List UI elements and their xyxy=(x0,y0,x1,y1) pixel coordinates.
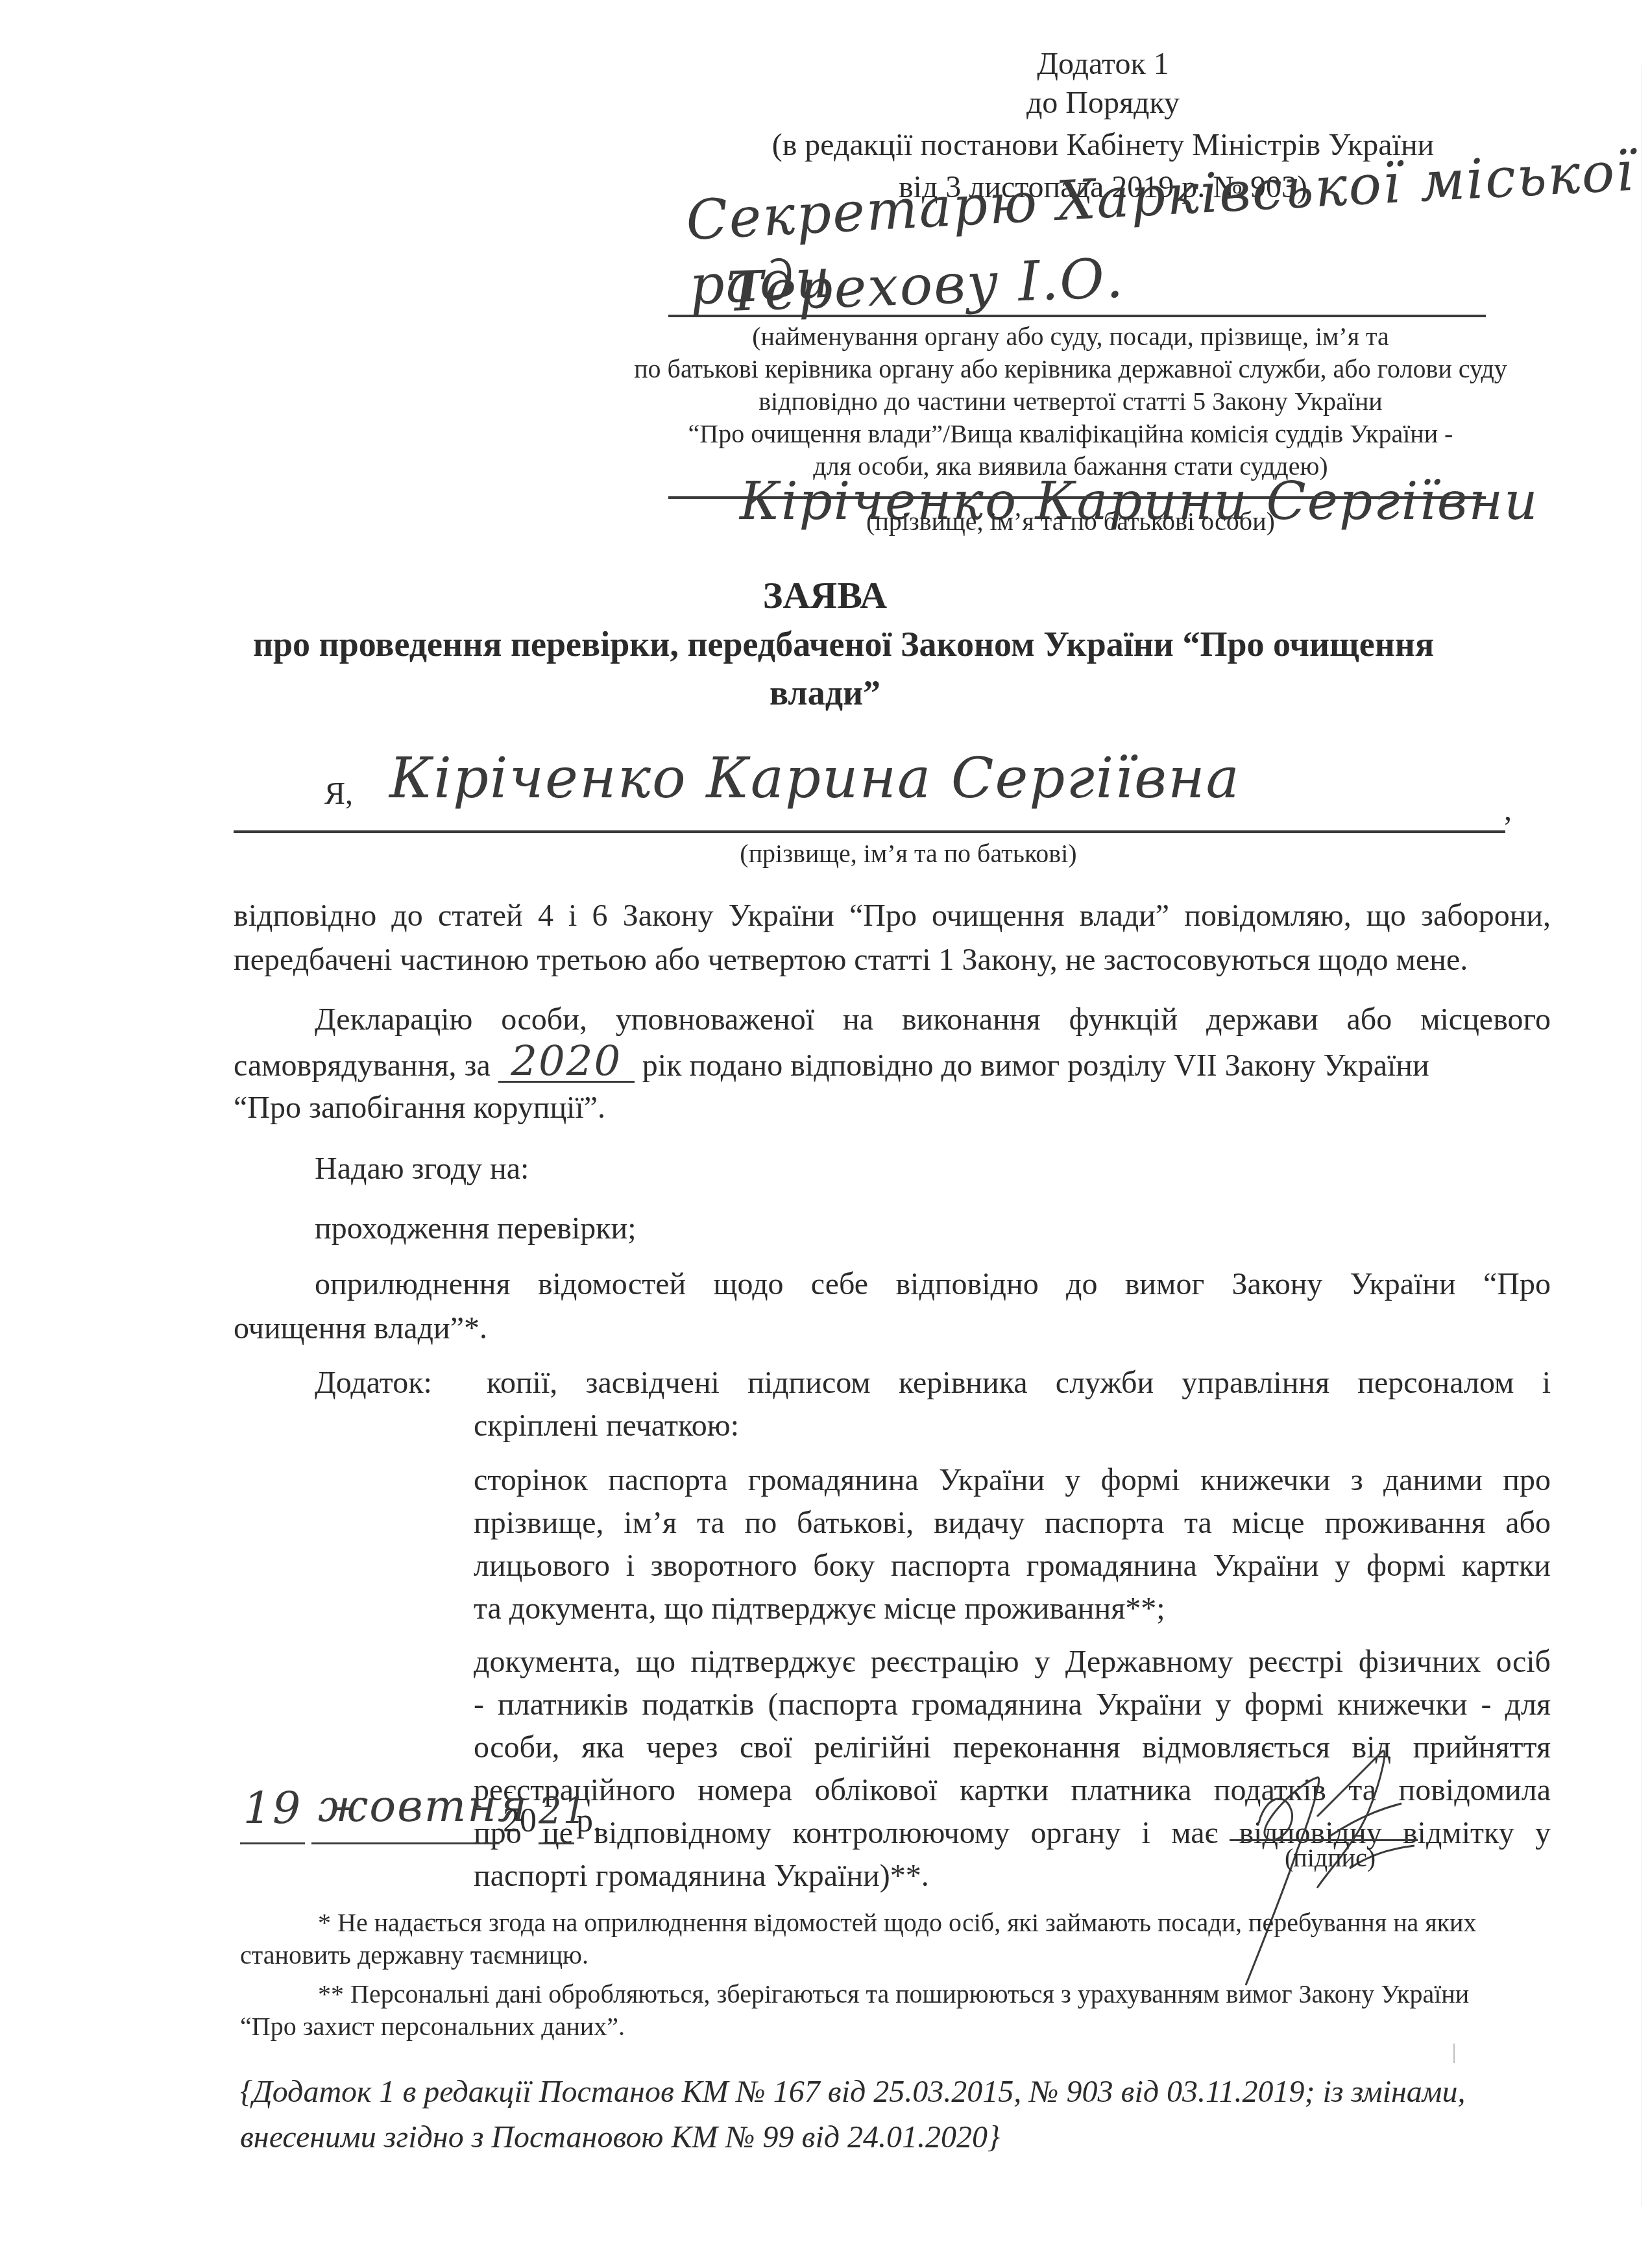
p1-line1: відповідно до статей 4 і 6 Закону Україн… xyxy=(234,895,1551,937)
addressee-handwritten-line2: Терехову І.О. xyxy=(725,246,1125,324)
date-month-underline xyxy=(311,1842,500,1844)
addressee-caption-4: “Про очищення влади”/Вища кваліфікаційна… xyxy=(584,418,1557,450)
date-day-underline xyxy=(240,1842,305,1844)
date-month-handwritten: жовтня xyxy=(318,1781,500,1833)
footnote-1-line1: * Не надається згода на оприлюднення від… xyxy=(318,1907,1551,1938)
attachment-item-1-line: лицьового і зворотного боку паспорта гро… xyxy=(474,1545,1551,1587)
footnote-2-line1: ** Персональні дані обробляються, зберіг… xyxy=(318,1979,1551,2010)
applicant-underline xyxy=(668,496,1486,499)
p1-line2: передбачені частиною третьою або четверт… xyxy=(234,939,1551,981)
consent-item-2-line2: очищення влади”*. xyxy=(234,1308,487,1349)
scan-artifact xyxy=(1453,2044,1455,2063)
date-year-prefix: 20 xyxy=(503,1802,537,1840)
attachment-label: Додаток: xyxy=(315,1362,432,1404)
applicant-caption: (прізвище, ім’я та по батькові особи) xyxy=(584,506,1557,537)
addressee-caption-2: по батькові керівника органу або керівни… xyxy=(584,354,1557,385)
title-sub-line1: про проведення перевірки, передбаченої З… xyxy=(130,620,1557,669)
attachment-item-1-line: прізвище, ім’я та по батькові, видачу па… xyxy=(474,1502,1551,1544)
declarant-prefix: Я, xyxy=(324,775,353,813)
declarant-handwritten-name: Кіріченко Карина Сергіївна xyxy=(389,746,1241,811)
date-year-postfix: р. xyxy=(576,1802,601,1840)
date-year-underline xyxy=(539,1842,574,1844)
editorial-note-line2: внесеними згідно з Постановою КМ № 99 ві… xyxy=(240,2118,1000,2157)
title-sub-line2: влади” xyxy=(0,668,1650,718)
attachment-intro-line2: скріплені печаткою: xyxy=(474,1405,739,1447)
addressee-caption-1: (найменування органу або суду, посади, п… xyxy=(584,321,1557,352)
scan-edge xyxy=(1642,65,1642,2206)
consent-intro: Надаю згоду на: xyxy=(315,1148,529,1190)
date-day-handwritten: 19 xyxy=(240,1783,305,1835)
footnote-1-line2: становить державну таємницю. xyxy=(240,1940,588,1971)
p2-line2: самоврядування, за 2020 рік подано відпо… xyxy=(234,1043,1551,1087)
header-line-2: до Порядку xyxy=(714,84,1492,122)
attachment-item-2-line: - платників податків (паспорта громадяни… xyxy=(474,1684,1551,1726)
p2-line1: Декларацію особи, уповноваженої на викон… xyxy=(315,999,1551,1041)
declarant-comma: , xyxy=(1504,791,1512,829)
p2-line2-after: рік подано відповідно до вимог розділу V… xyxy=(642,1048,1429,1083)
p2-line3: “Про запобігання корупції”. xyxy=(234,1087,605,1129)
attachment-item-2-line: документа, що підтверджує реєстрацію у Д… xyxy=(474,1641,1551,1683)
date-year-suffix-handwritten: 21 xyxy=(539,1785,574,1837)
addressee-underline xyxy=(668,315,1486,317)
consent-item-2-line1: оприлюднення відомостей щодо себе відпов… xyxy=(315,1264,1551,1305)
signature-caption: (підпис) xyxy=(1246,1842,1414,1874)
header-line-1: Додаток 1 xyxy=(714,45,1492,83)
signature-underline xyxy=(1230,1839,1418,1841)
attachment-item-1-line: сторінок паспорта громадянина України у … xyxy=(474,1460,1551,1501)
declaration-year-handwritten: 2020 xyxy=(498,1043,635,1083)
attachment-intro-line1: копії, засвідчені підписом керівника слу… xyxy=(487,1362,1551,1404)
attachment-item-1-line: та документа, що підтверджує місце прожи… xyxy=(474,1588,1165,1630)
p2-line2-before: самоврядування, за xyxy=(234,1048,491,1083)
declarant-caption: (прізвище, ім’я та по батькові) xyxy=(584,838,1233,869)
attachment-item-2-line: паспорті громадянина України)**. xyxy=(474,1855,929,1897)
editorial-note-line1: {Додаток 1 в редакції Постанов КМ № 167 … xyxy=(240,2073,1465,2112)
title-main: ЗАЯВА xyxy=(0,571,1650,620)
consent-item-1: проходження перевірки; xyxy=(315,1208,637,1249)
declarant-underline xyxy=(234,830,1505,833)
footnote-2-line2: “Про захист персональних даних”. xyxy=(240,2011,625,2042)
addressee-caption-3: відповідно до частини четвертої статті 5… xyxy=(584,386,1557,417)
